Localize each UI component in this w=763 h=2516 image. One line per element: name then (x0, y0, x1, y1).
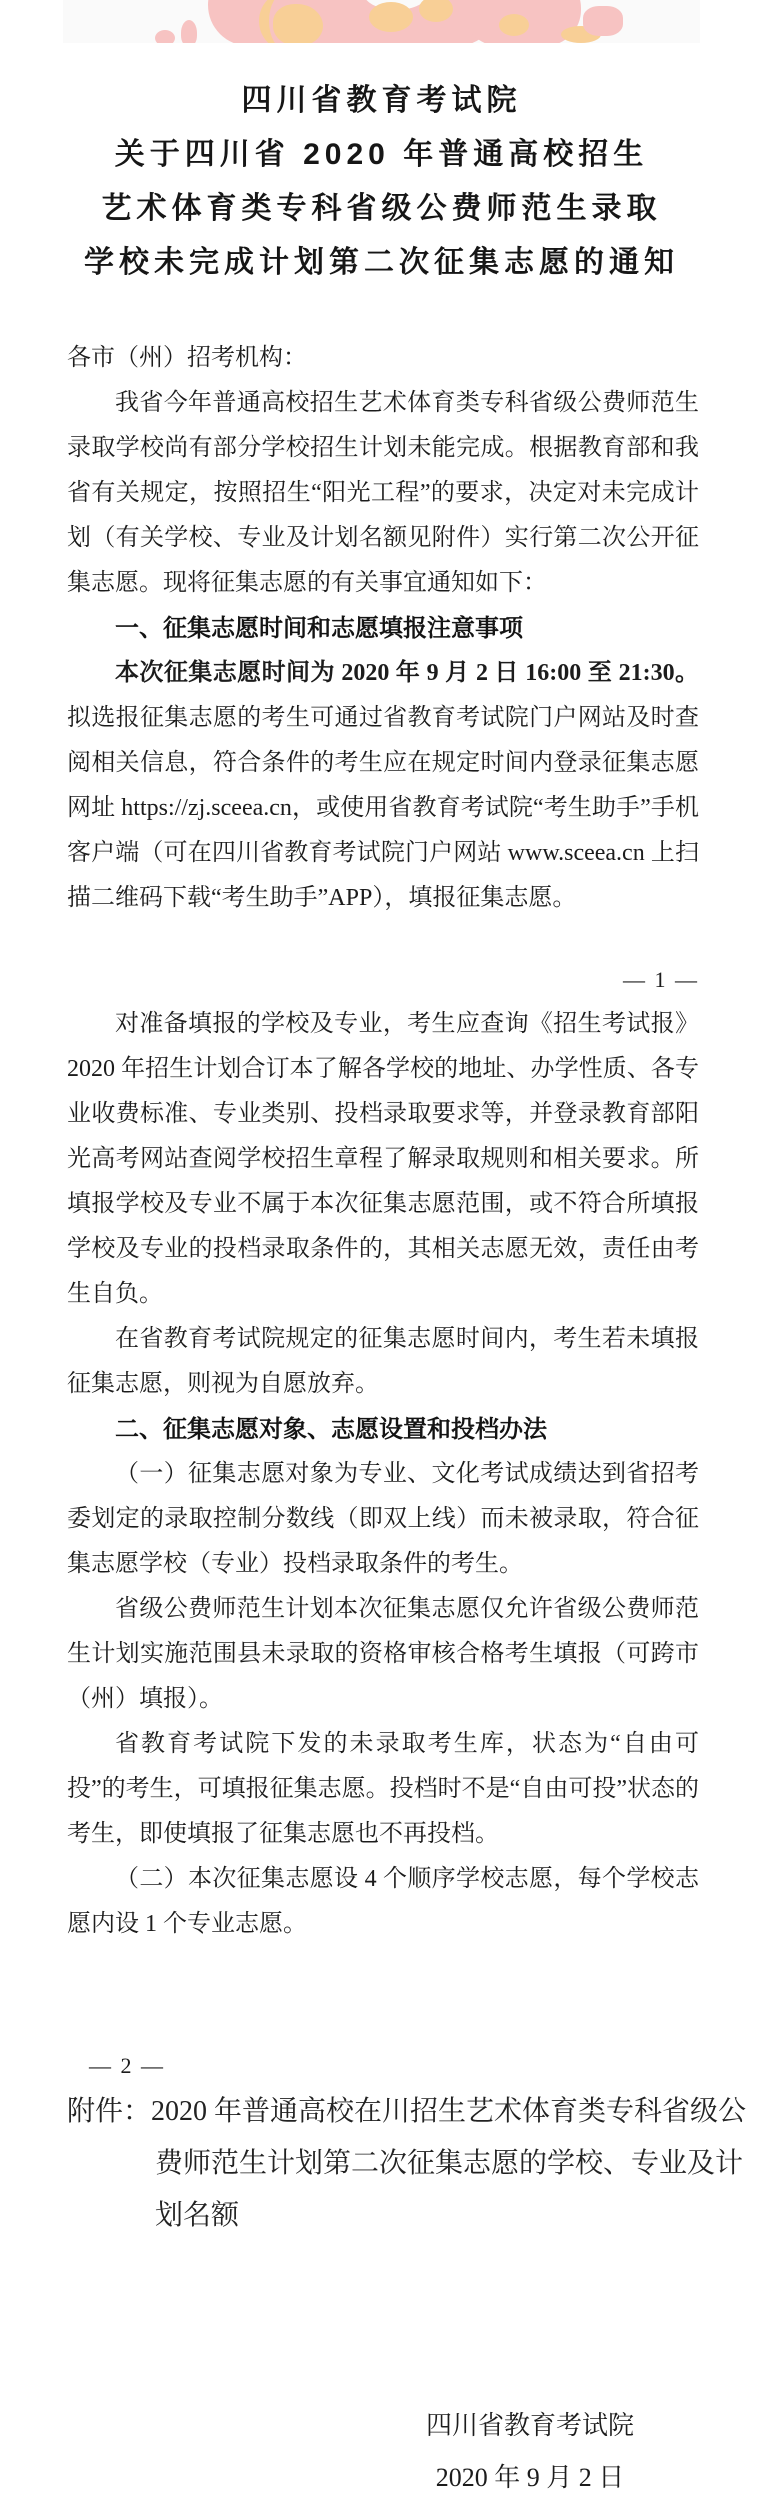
decoration-blob-pink-dot-2 (181, 20, 197, 43)
page-number-1: — 1 — (67, 957, 699, 1002)
decoration-blob-pink-main (208, 0, 498, 43)
signature-block: 四川省教育考试院 2020 年 9 月 2 日 (410, 2400, 650, 2504)
attachment-line-1: 附件：2020 年普通高校在川招生艺术体育类专科省级公 (67, 2086, 763, 2138)
section-2-paragraph-3: 省教育考试院下发的未录取考生库，状态为“自由可投”的考生，可填报征集志愿。投档时… (67, 1722, 699, 1857)
salutation-text: 各市（州）招考机构： (67, 336, 699, 381)
header-graphic (63, 0, 700, 43)
intro-paragraph: 我省今年普通高校招生艺术体育类专科省级公费师范生录取学校尚有部分学校招生计划未能… (67, 381, 699, 606)
document-title-line-1: 四川省教育考试院 (0, 74, 763, 128)
attachment-note: 附件：2020 年普通高校在川招生艺术体育类专科省级公 费师范生计划第二次征集志… (67, 2086, 763, 2242)
deadline-paragraph: 在省教育考试院规定的征集志愿时间内，考生若未填报征集志愿，则视为自愿放弃。 (67, 1317, 699, 1407)
decoration-blob-pink-tail (583, 6, 623, 36)
volunteer-time-rest: 拟选报征集志愿的考生可通过省教育考试院门户网站及时查阅相关信息，符合条件的考生应… (67, 705, 699, 911)
decoration-blob-peach-1 (273, 4, 323, 43)
decoration-blob-peach-4 (499, 14, 529, 36)
section-2-heading: 二、征集志愿对象、志愿设置和投档办法 (67, 1407, 699, 1452)
section-1-heading: 一、征集志愿时间和志愿填报注意事项 (67, 606, 699, 651)
document-title-line-4: 学校未完成计划第二次征集志愿的通知 (0, 236, 763, 290)
page-number-2: — 2 — (67, 2043, 389, 2088)
volunteer-time-paragraph: 本次征集志愿时间为 2020 年 9 月 2 日 16:00 至 21:30。拟… (67, 651, 699, 921)
document-title-line-3: 艺术体育类专科省级公费师范生录取 (0, 182, 763, 236)
attachment-line-2: 费师范生计划第二次征集志愿的学校、专业及计 (67, 2138, 763, 2190)
advice-paragraph: 对准备填报的学校及专业，考生应查询《招生考试报》2020 年招生计划合订本了解各… (67, 1002, 699, 1317)
attachment-line-3: 划名额 (67, 2190, 763, 2242)
document-body: 各市（州）招考机构： 我省今年普通高校招生艺术体育类专科省级公费师范生录取学校尚… (67, 336, 699, 1947)
document-title: 四川省教育考试院 关于四川省 2020 年普通高校招生 艺术体育类专科省级公费师… (0, 74, 763, 290)
signature-org: 四川省教育考试院 (410, 2400, 650, 2452)
decoration-blob-pink-dot-1 (155, 30, 175, 43)
signature-date: 2020 年 9 月 2 日 (410, 2452, 650, 2504)
volunteer-time-bold: 本次征集志愿时间为 2020 年 9 月 2 日 16:00 至 21:30。 (115, 660, 699, 686)
section-2-paragraph-1: （一）征集志愿对象为专业、文化考试成绩达到省招考委划定的录取控制分数线（即双上线… (67, 1452, 699, 1587)
section-2-paragraph-2: 省级公费师范生计划本次征集志愿仅允许省级公费师范生计划实施范围县未录取的资格审核… (67, 1587, 699, 1722)
document-title-line-2: 关于四川省 2020 年普通高校招生 (0, 128, 763, 182)
decoration-blob-peach-2 (369, 2, 413, 32)
document-page: 四川省教育考试院 关于四川省 2020 年普通高校招生 艺术体育类专科省级公费师… (0, 0, 763, 2516)
section-2-paragraph-4: （二）本次征集志愿设 4 个顺序学校志愿，每个学校志愿内设 1 个专业志愿。 (67, 1857, 699, 1947)
